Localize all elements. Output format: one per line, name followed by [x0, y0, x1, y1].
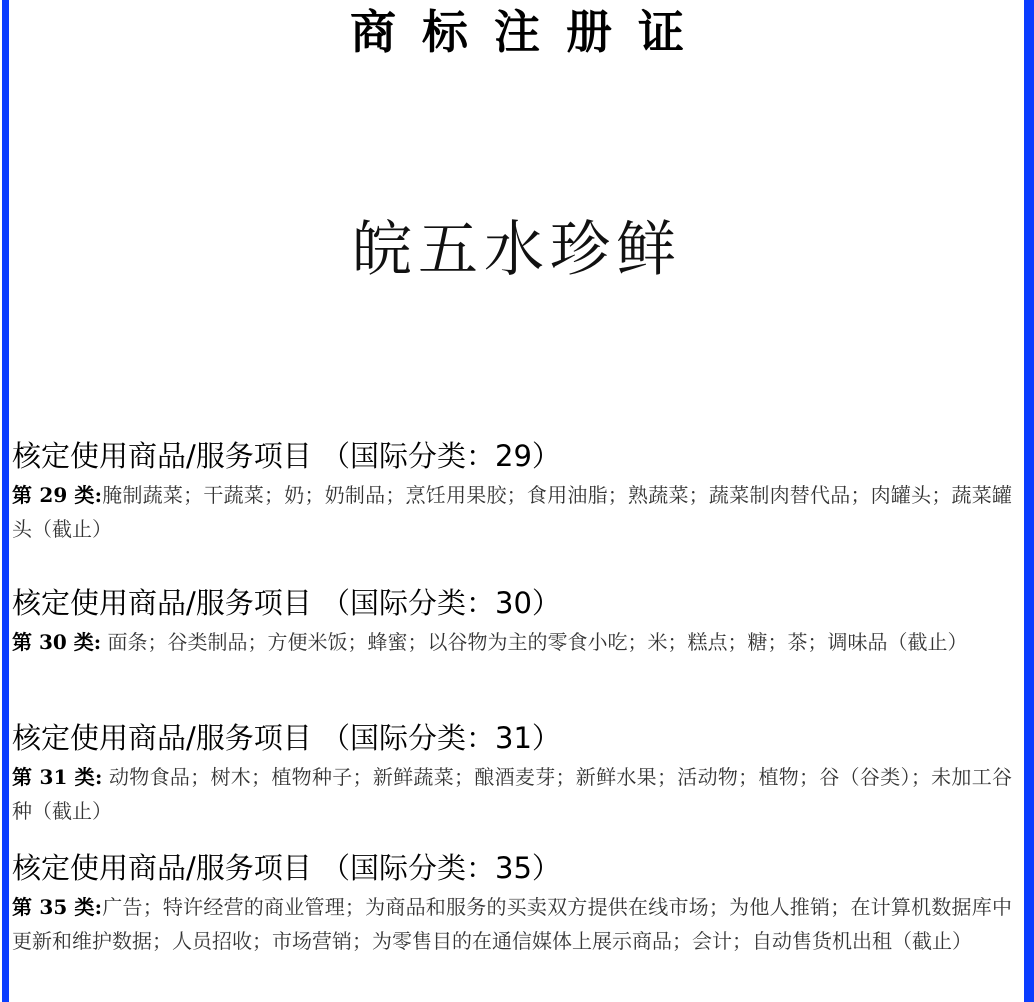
- section-body: 第 31 类: 动物食品；树木；植物种子；新鲜蔬菜；酿酒麦芽；新鲜水果；活动物；…: [12, 760, 1012, 828]
- class-35-section: 核定使用商品/服务项目 （国际分类：35） 第 35 类:广告；特许经营的商业管…: [12, 848, 1012, 958]
- class-31-section: 核定使用商品/服务项目 （国际分类：31） 第 31 类: 动物食品；树木；植物…: [12, 718, 1012, 828]
- certificate-title: 商标注册证: [0, 4, 1034, 60]
- class-label: 第 29 类:: [12, 483, 102, 507]
- class-items: 动物食品；树木；植物种子；新鲜蔬菜；酿酒麦芽；新鲜水果；活动物；植物；谷（谷类）…: [12, 765, 1012, 823]
- trademark-name: 皖五水珍鲜: [0, 210, 1034, 290]
- section-body: 第 29 类:腌制蔬菜；干蔬菜；奶；奶制品；烹饪用果胶；食用油脂；熟蔬菜；蔬菜制…: [12, 478, 1012, 546]
- class-29-section: 核定使用商品/服务项目 （国际分类：29） 第 29 类:腌制蔬菜；干蔬菜；奶；…: [12, 436, 1012, 546]
- class-label: 第 35 类:: [12, 895, 102, 919]
- section-heading: 核定使用商品/服务项目 （国际分类：35）: [12, 848, 1012, 888]
- section-heading: 核定使用商品/服务项目 （国际分类：31）: [12, 718, 1012, 758]
- class-30-section: 核定使用商品/服务项目 （国际分类：30） 第 30 类: 面条；谷类制品；方便…: [12, 583, 1012, 659]
- section-heading: 核定使用商品/服务项目 （国际分类：30）: [12, 583, 1012, 623]
- class-label: 第 31 类:: [12, 765, 102, 789]
- left-border: [2, 0, 9, 1002]
- class-items: 面条；谷类制品；方便米饭；蜂蜜；以谷物为主的零食小吃；米；糕点；糖；茶；调味品（…: [101, 630, 967, 654]
- class-items: 腌制蔬菜；干蔬菜；奶；奶制品；烹饪用果胶；食用油脂；熟蔬菜；蔬菜制肉替代品；肉罐…: [12, 483, 1012, 541]
- section-body: 第 30 类: 面条；谷类制品；方便米饭；蜂蜜；以谷物为主的零食小吃；米；糕点；…: [12, 625, 1012, 659]
- section-body: 第 35 类:广告；特许经营的商业管理；为商品和服务的买卖双方提供在线市场；为他…: [12, 890, 1012, 958]
- section-heading: 核定使用商品/服务项目 （国际分类：29）: [12, 436, 1012, 476]
- class-label: 第 30 类:: [12, 630, 101, 654]
- class-items: 广告；特许经营的商业管理；为商品和服务的买卖双方提供在线市场；为他人推销；在计算…: [12, 895, 1012, 953]
- right-border: [1024, 0, 1034, 1002]
